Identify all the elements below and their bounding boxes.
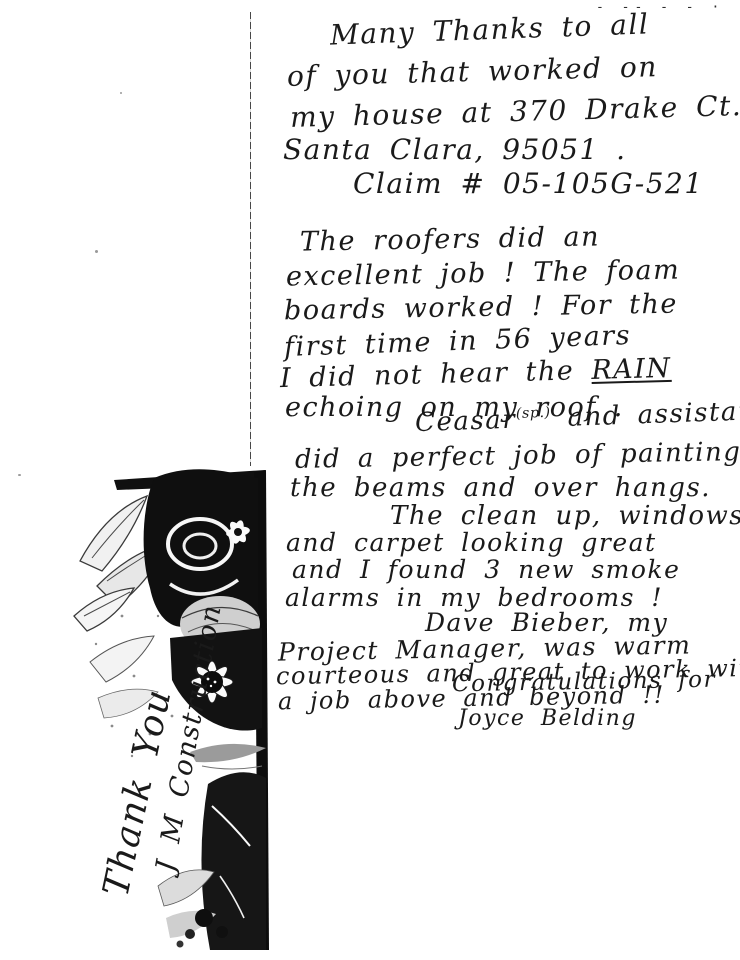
letter-line-p1-2: of you that worked on bbox=[287, 53, 658, 91]
letter-line-p3-1: did a perfect job of painting bbox=[295, 439, 740, 473]
letter-line-p2-1: The roofers did an bbox=[300, 223, 600, 255]
letter-line-text: and assistant bbox=[567, 396, 740, 433]
letter-line-p3-6: alarms in my bedrooms ! bbox=[285, 585, 663, 610]
letter-line-text: Ceasar bbox=[415, 405, 517, 439]
letter-line-text: I did not hear the bbox=[280, 355, 575, 394]
scan-speck bbox=[18, 474, 21, 476]
fold-line bbox=[250, 12, 251, 466]
letter-line-p1-1: Many Thanks to all bbox=[330, 10, 650, 49]
letter-line-p1-4: Santa Clara, 95051 . bbox=[283, 136, 627, 164]
letter-signature: Joyce Belding bbox=[458, 708, 637, 730]
spelling-note: (sp.) bbox=[516, 405, 551, 422]
letter-line-p3-4: and carpet looking great bbox=[286, 530, 657, 555]
underlined-word-rain: RAIN bbox=[591, 353, 672, 386]
scanned-letter-page: { "document": { "kind": "Scanned handwri… bbox=[0, 0, 740, 960]
letter-line-p2-2: excellent job ! The foam bbox=[286, 257, 681, 291]
letter-line-p3-3: The clean up, windows bbox=[390, 503, 740, 529]
letter-line-p3-5: and I found 3 new smoke bbox=[292, 557, 680, 582]
scan-speck bbox=[95, 250, 98, 253]
letter-line-p1-5: Claim # 05-105G-521 bbox=[353, 170, 704, 198]
letter-line-p3-2: the beams and over hangs. bbox=[290, 475, 711, 501]
letter-line-p1-3: my house at 370 Drake Ct. bbox=[290, 92, 740, 132]
scan-speck bbox=[120, 92, 122, 94]
